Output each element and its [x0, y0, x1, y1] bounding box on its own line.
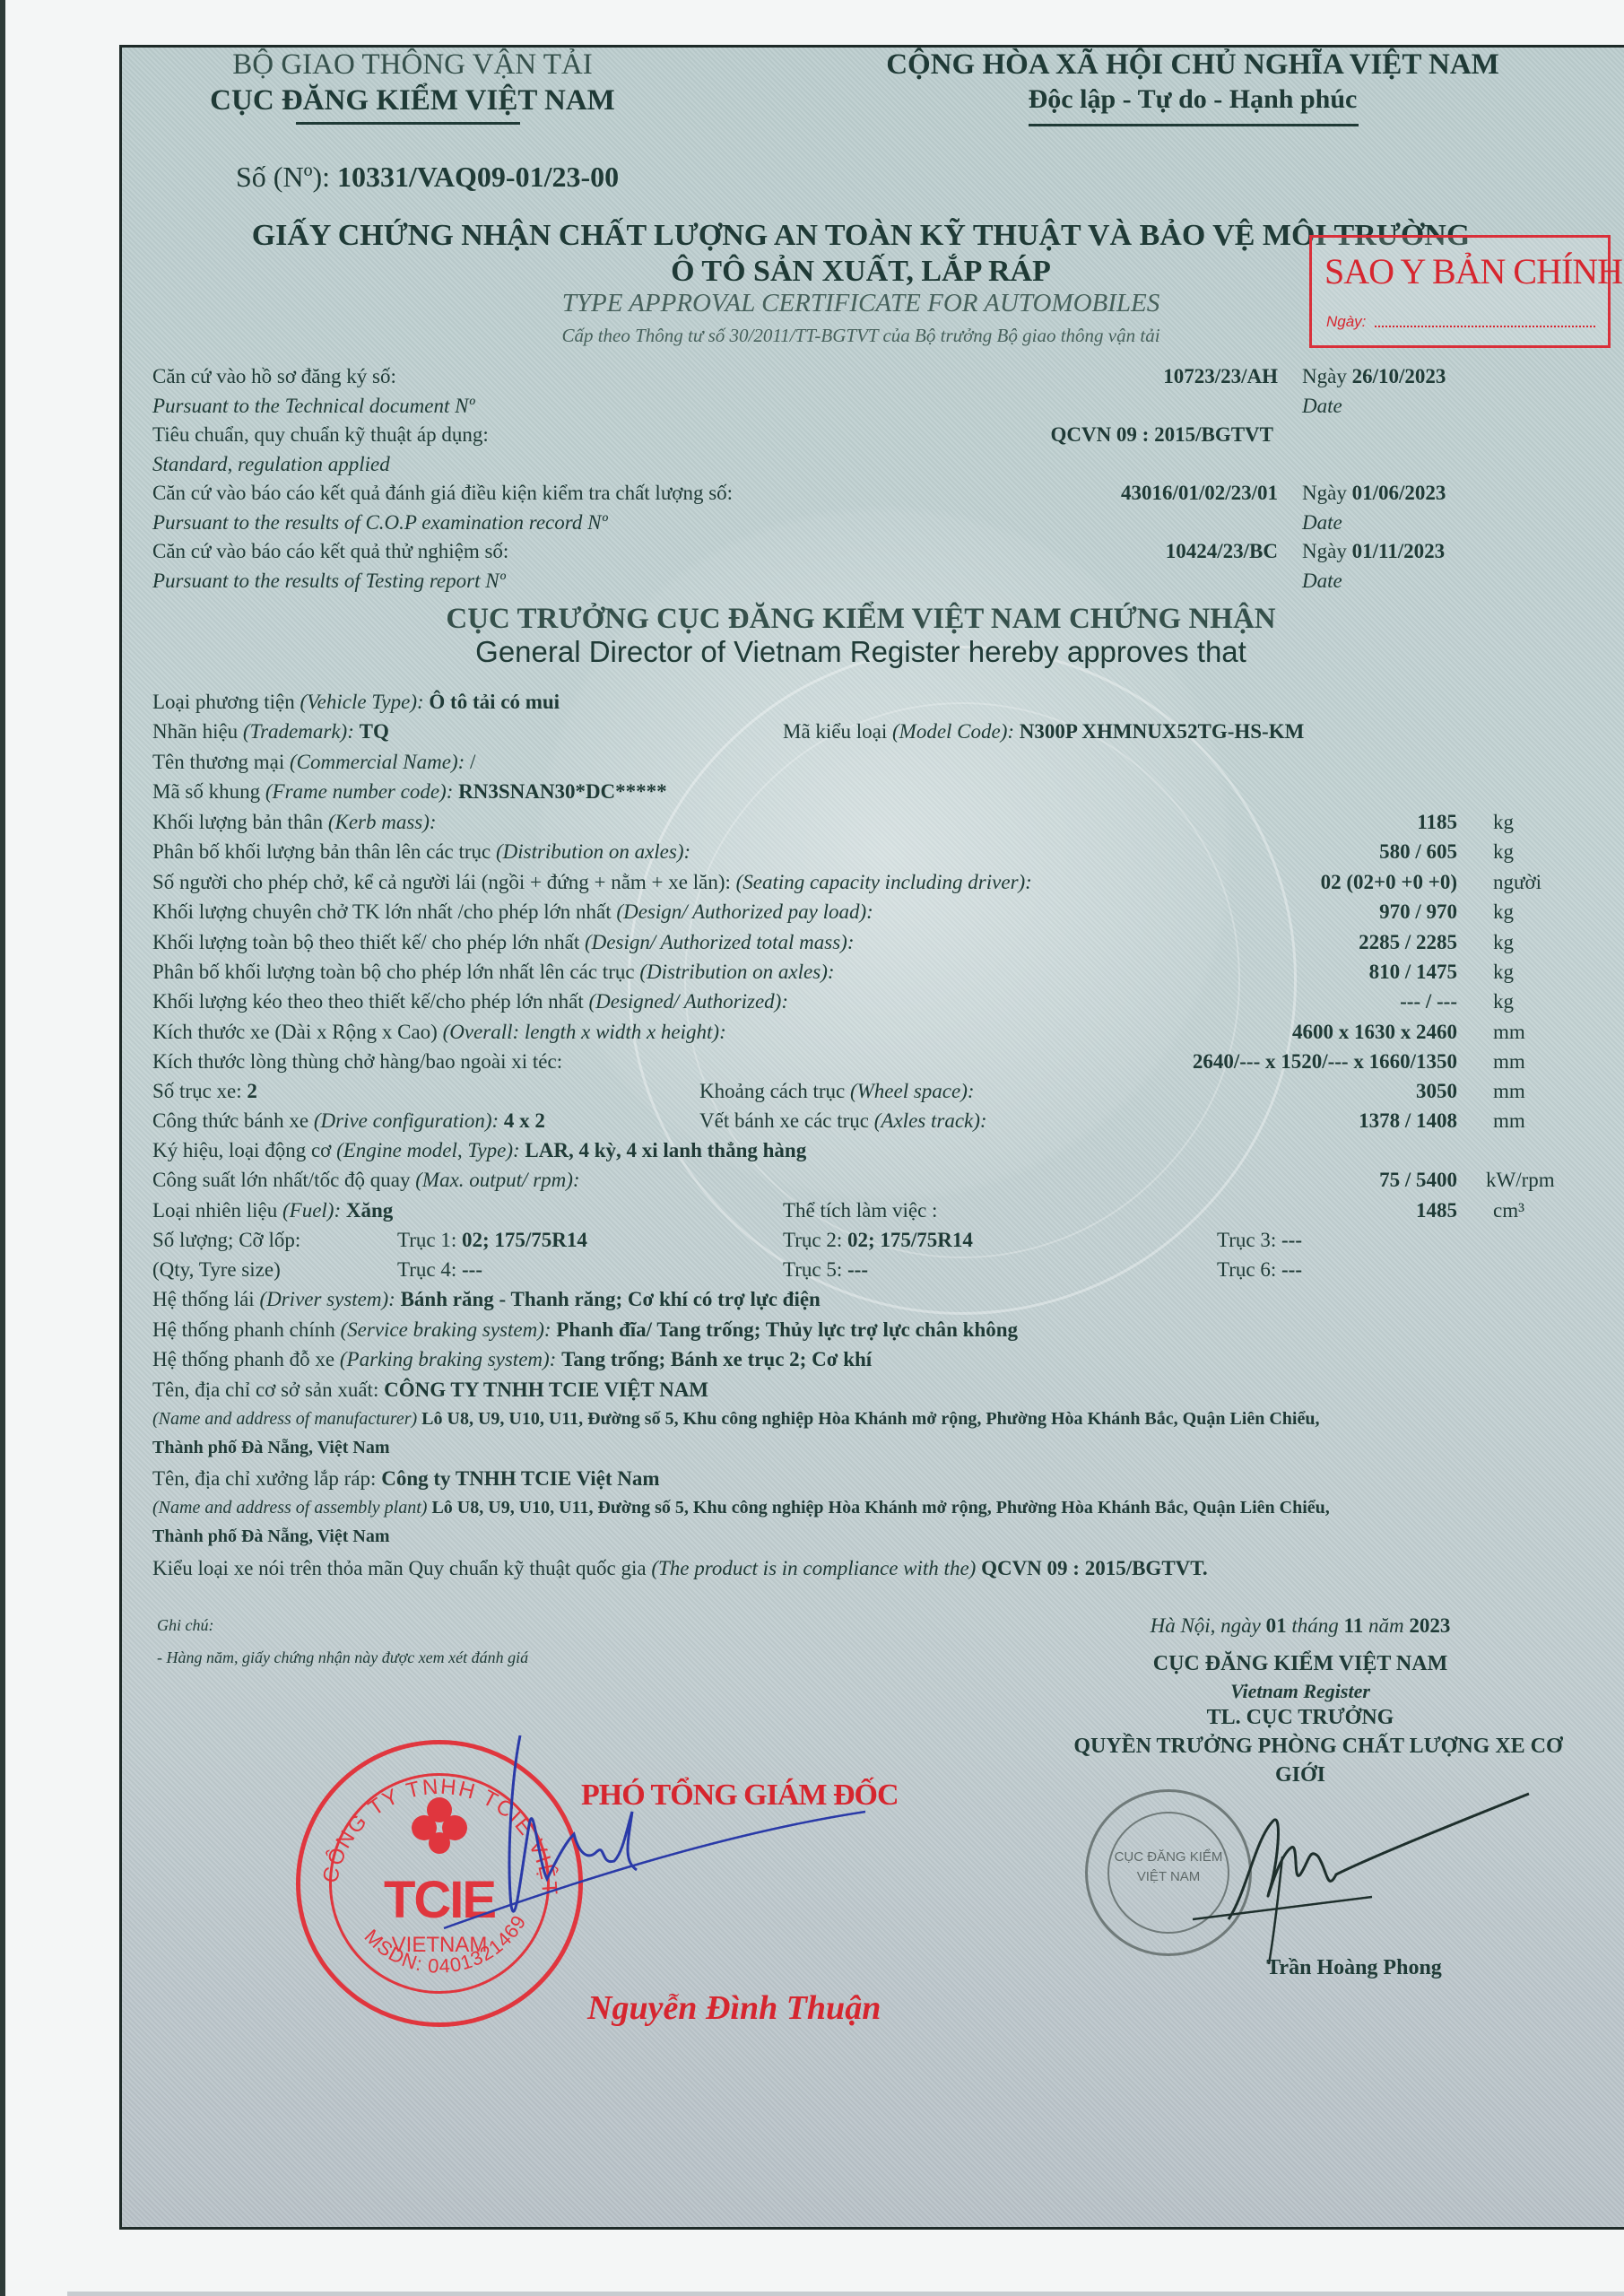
tyre-axle: Trục 3: --- [1217, 1230, 1302, 1250]
register-signature [1193, 1785, 1533, 1964]
ministry-name: BỘ GIAO THÔNG VẬN TẢI [161, 50, 664, 80]
system-row: Hệ thống lái (Driver system): Bánh răng … [152, 1289, 821, 1309]
reference-label: Căn cứ vào báo cáo kết quả đánh giá điều… [152, 483, 733, 503]
company-signer-name: Nguyễn Đình Thuận [587, 1991, 881, 2025]
approval-english: General Director of Vietnam Register her… [161, 637, 1560, 666]
wheel-space-unit: mm [1493, 1081, 1525, 1101]
reference-value: QCVN 09 : 2015/BGTVT [897, 424, 1273, 445]
fuel-type: Loại nhiên liệu (Fuel): Xăng [152, 1200, 393, 1221]
manufacturer-address-line2: Thành phố Đà Nẵng, Việt Nam [152, 1439, 390, 1457]
scan-edge [0, 0, 5, 2296]
axle-count: Số trục xe: 2 [152, 1081, 257, 1101]
notes-label: Ghi chú: [157, 1617, 213, 1633]
axles-track-value: 1378 / 1408 [1188, 1110, 1457, 1131]
spec-label: Số người cho phép chở, kể cả người lái (… [152, 872, 1032, 892]
motto-underline [1029, 124, 1359, 126]
spec-value: 2285 / 2285 [1009, 932, 1457, 952]
reference-label-english: Pursuant to the results of Testing repor… [152, 570, 506, 591]
engine-output-unit: kW/rpm [1486, 1170, 1555, 1190]
signer-title-2: QUYỀN TRƯỞNG PHÒNG CHẤT LƯỢNG XE CƠ [1031, 1735, 1605, 1757]
approval-heading: CỤC TRƯỞNG CỤC ĐĂNG KIỂM VIỆT NAM CHỨNG … [161, 604, 1560, 634]
reference-date: Ngày 01/06/2023 [1302, 483, 1446, 503]
spec-unit: kg [1493, 901, 1514, 922]
signer-title-1: TL. CỤC TRƯỞNG [1031, 1707, 1569, 1728]
assembly-plant-address-line2: Thành phố Đà Nẵng, Việt Nam [152, 1527, 390, 1545]
reference-value: 10723/23/AH [897, 366, 1278, 387]
spec-unit: mm [1493, 1022, 1525, 1042]
spec-value: 1185 [1009, 812, 1457, 832]
spec-label: Khối lượng kéo theo theo thiết kế/cho ph… [152, 991, 788, 1012]
spec-value: 4600 x 1630 x 2460 [1009, 1022, 1457, 1042]
agency-name: CỤC ĐĂNG KIỂM VIỆT NAM [161, 86, 664, 116]
assembly-plant-address: (Name and address of assembly plant) Lô … [152, 1499, 1330, 1517]
reference-label: Tiêu chuẩn, quy chuẩn kỹ thuật áp dụng: [152, 424, 489, 445]
spec-label: Khối lượng bản thân (Kerb mass): [152, 812, 437, 832]
company-signer-title: PHÓ TỔNG GIÁM ĐỐC [581, 1780, 899, 1811]
reference-date-english: Date [1302, 396, 1342, 416]
system-row: Hệ thống phanh chính (Service braking sy… [152, 1319, 1018, 1340]
wheel-space-label: Khoảng cách trục (Wheel space): [699, 1081, 975, 1101]
spec-unit: kg [1493, 932, 1514, 952]
engine-model: Ký hiệu, loại động cơ (Engine model, Typ… [152, 1140, 806, 1161]
spec-unit: người [1493, 872, 1541, 892]
drive-configuration: Công thức bánh xe (Drive configuration):… [152, 1110, 545, 1131]
spec-label: Khối lượng chuyên chở TK lớn nhất /cho p… [152, 901, 873, 922]
assembly-plant-name: Tên, địa chỉ xưởng lắp ráp: Công ty TNHH… [152, 1468, 660, 1489]
spec-value: --- / --- [1009, 991, 1457, 1012]
reference-value: 43016/01/02/23/01 [897, 483, 1278, 503]
spec-value: 02 (02+0 +0 +0) [1009, 872, 1457, 892]
company-signature [421, 1726, 870, 1933]
spec-unit: kg [1493, 991, 1514, 1012]
spec-label: Khối lượng toàn bộ theo thiết kế/ cho ph… [152, 932, 855, 952]
engine-output-value: 75 / 5400 [1188, 1170, 1457, 1190]
tyres-label-english: (Qty, Tyre size) [152, 1259, 281, 1280]
tyre-axle: Trục 4: --- [397, 1259, 482, 1280]
reference-date: Ngày 26/10/2023 [1302, 366, 1446, 387]
signer-name: Trần Hoàng Phong [1166, 1957, 1542, 1979]
tyre-axle: Trục 2: 02; 175/75R14 [783, 1230, 973, 1250]
number-value: 10331/VAQ09-01/23-00 [337, 161, 619, 193]
system-row: Hệ thống phanh đỗ xe (Parking braking sy… [152, 1349, 872, 1370]
copy-stamp-date-line [1375, 326, 1595, 327]
engine-output-label: Công suất lớn nhất/tốc độ quay (Max. out… [152, 1170, 580, 1190]
spec-label: Phân bố khối lượng bản thân lên các trục… [152, 841, 690, 862]
vehicle-trademark: Nhãn hiệu (Trademark): TQ [152, 721, 389, 742]
reference-label: Căn cứ vào hồ sơ đăng ký số: [152, 366, 396, 387]
vehicle-commercial-name: Tên thương mại (Commercial Name): / [152, 752, 475, 772]
spec-value: 970 / 970 [1009, 901, 1457, 922]
signer-title-3: GIỚI [1031, 1764, 1569, 1786]
tyre-axle: Trục 1: 02; 175/75R14 [397, 1230, 587, 1250]
spec-value: 2640/--- x 1520/--- x 1660/1350 [1009, 1051, 1457, 1072]
copy-stamp: SAO Y BẢN CHÍNH Ngày: [1309, 235, 1611, 348]
notes-item: - Hàng năm, giấy chứng nhận này được xem… [157, 1649, 528, 1665]
copy-stamp-title: SAO Y BẢN CHÍNH [1324, 250, 1622, 292]
spec-unit: kg [1493, 812, 1514, 832]
spec-unit: mm [1493, 1051, 1525, 1072]
number-label: Số (Nº): [236, 161, 330, 193]
issue-date: Hà Nội, ngày 01 tháng 11 năm 2023 [1031, 1615, 1569, 1636]
republic-name: CỘNG HÒA XÃ HỘI CHỦ NGHĨA VIỆT NAM [789, 50, 1596, 80]
reference-label: Căn cứ vào báo cáo kết quả thử nghiệm số… [152, 541, 508, 561]
axles-track-label: Vết bánh xe các trục (Axles track): [699, 1110, 987, 1131]
vehicle-type: Loại phương tiện (Vehicle Type): Ô tô tả… [152, 691, 560, 712]
displacement-value: 1485 [1188, 1200, 1457, 1221]
vehicle-frame-code: Mã số khung (Frame number code): RN3SNAN… [152, 781, 667, 802]
axles-track-unit: mm [1493, 1110, 1525, 1131]
reference-label-english: Standard, regulation applied [152, 454, 390, 474]
copy-stamp-date-label: Ngày: [1326, 313, 1366, 331]
certificate-number: Số (Nº): 10331/VAQ09-01/23-00 [236, 162, 619, 191]
spec-unit: kg [1493, 961, 1514, 982]
reference-date: Ngày 01/11/2023 [1302, 541, 1445, 561]
agency-underline [296, 122, 520, 125]
manufacturer-name: Tên, địa chỉ cơ sở sản xuất: CÔNG TY TNH… [152, 1379, 708, 1400]
spec-label: Kích thước xe (Dài x Rộng x Cao) (Overal… [152, 1022, 726, 1042]
reference-date-english: Date [1302, 570, 1342, 591]
tyre-axle: Trục 6: --- [1217, 1259, 1302, 1280]
spec-label: Kích thước lòng thùng chở hàng/bao ngoài… [152, 1051, 562, 1072]
manufacturer-address: (Name and address of manufacturer) Lô U8… [152, 1410, 1319, 1428]
reference-date-english: Date [1302, 512, 1342, 533]
signing-org-english: Vietnam Register [1031, 1682, 1569, 1701]
national-motto: Độc lập - Tự do - Hạnh phúc [789, 86, 1596, 113]
spec-value: 580 / 605 [1009, 841, 1457, 862]
reference-label-english: Pursuant to the Technical document Nº [152, 396, 475, 416]
tyres-label: Số lượng; Cỡ lốp: [152, 1230, 300, 1250]
signing-org: CỤC ĐĂNG KIỂM VIỆT NAM [1031, 1653, 1569, 1674]
spec-label: Phân bố khối lượng toàn bộ cho phép lớn … [152, 961, 835, 982]
company-seal-country: VIETNAM [354, 1933, 525, 1958]
displacement-label: Thể tích làm việc : [783, 1200, 937, 1221]
spec-unit: kg [1493, 841, 1514, 862]
wheel-space-value: 3050 [1188, 1081, 1457, 1101]
tyre-axle: Trục 5: --- [783, 1259, 868, 1280]
vehicle-model-code: Mã kiểu loại (Model Code): N300P XHMNUX5… [783, 721, 1304, 742]
scan-footer-strip [67, 2292, 1624, 2296]
reference-label-english: Pursuant to the results of C.O.P examina… [152, 512, 608, 533]
displacement-unit: cm³ [1493, 1200, 1524, 1221]
reference-value: 10424/23/BC [897, 541, 1278, 561]
compliance-statement: Kiểu loại xe nói trên thỏa mãn Quy chuẩn… [152, 1558, 1208, 1578]
spec-value: 810 / 1475 [1009, 961, 1457, 982]
